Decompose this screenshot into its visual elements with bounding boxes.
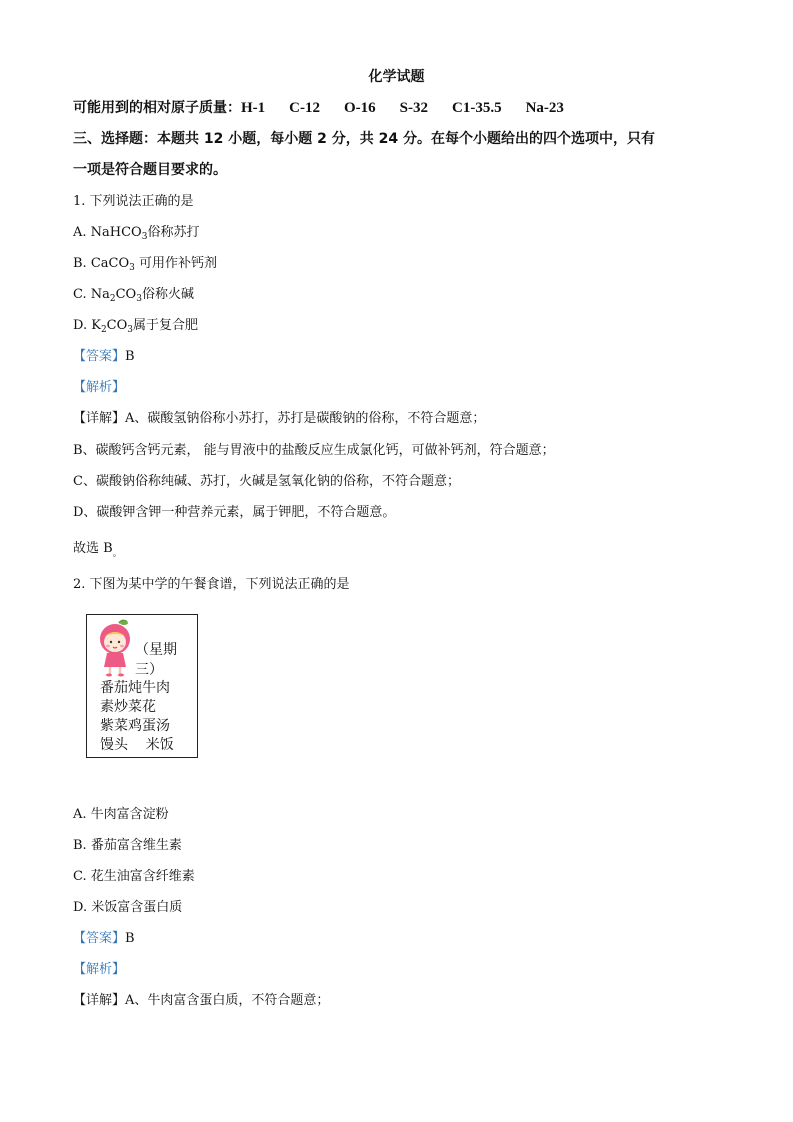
question-2-option-d: D. 米饭富含蛋白质 bbox=[73, 899, 182, 917]
question-1-option-a: A. NaHCO3俗称苏打 bbox=[73, 224, 199, 246]
question-2-analysis-tag: 【解析】 bbox=[73, 961, 125, 979]
question-2-stem: 2. 下图为某中学的午餐食谱，下列说法正确的是 bbox=[73, 576, 350, 594]
conclusion-period: 。 bbox=[113, 549, 122, 559]
detail-tag: 【详解】 bbox=[73, 993, 125, 1008]
atomic-mass-line: 可能用到的相对原子质量：H-1C-12O-16S-32C1-35.5Na-23 bbox=[73, 99, 588, 117]
option-text: 俗称苏打 bbox=[147, 225, 199, 240]
atomic-mass-label: 可能用到的相对原子质量： bbox=[73, 100, 241, 116]
question-1-conclusion: 故选 B。 bbox=[73, 540, 122, 563]
option-text: A. NaHCO bbox=[73, 225, 142, 240]
atomic-mass-value: Na-23 bbox=[526, 99, 564, 117]
detail-text: A、牛肉富含蛋白质，不符合题意； bbox=[125, 993, 329, 1008]
question-1-detail-d: D、碳酸钾含钾一种营养元素，属于钾肥，不符合题意。 bbox=[73, 504, 395, 522]
document-title: 化学试题 bbox=[0, 66, 793, 86]
answer-value: B bbox=[125, 931, 135, 946]
answer-tag: 【答案】 bbox=[73, 931, 125, 946]
question-1-detail-a: 【详解】A、碳酸氢钠俗称小苏打，苏打是碳酸钠的俗称，不符合题意； bbox=[73, 410, 485, 428]
atomic-mass-value: O-16 bbox=[344, 99, 376, 117]
question-2-option-b: B. 番茄富含维生素 bbox=[73, 837, 182, 855]
question-1-option-d: D. K2CO3属于复合肥 bbox=[73, 317, 198, 339]
question-2-answer: 【答案】B bbox=[73, 930, 135, 948]
answer-tag: 【答案】 bbox=[73, 349, 125, 364]
lunch-menu-image: （星期三） 番茄炖牛肉 素炒菜花 紫菜鸡蛋汤 馒头 米饭 bbox=[86, 614, 198, 758]
question-2-option-a: A. 牛肉富含淀粉 bbox=[73, 806, 169, 824]
menu-items: 番茄炖牛肉 素炒菜花 紫菜鸡蛋汤 馒头 米饭 bbox=[100, 679, 174, 755]
question-1-option-c: C. Na2CO3俗称火碱 bbox=[73, 286, 194, 308]
option-text: D. K bbox=[73, 318, 101, 333]
option-text: C. Na bbox=[73, 287, 110, 302]
question-1-detail-c: C、碳酸钠俗称纯碱、苏打，火碱是氢氧化钠的俗称，不符合题意； bbox=[73, 473, 460, 491]
atomic-mass-value: H-1 bbox=[241, 99, 265, 117]
atomic-mass-value: S-32 bbox=[400, 99, 428, 117]
option-text: 可用作补钙剂 bbox=[135, 256, 217, 271]
question-2-detail-a: 【详解】A、牛肉富含蛋白质，不符合题意； bbox=[73, 992, 329, 1010]
question-2-option-c: C. 花生油富含纤维素 bbox=[73, 868, 195, 886]
question-1-analysis-tag: 【解析】 bbox=[73, 379, 125, 397]
answer-value: B bbox=[125, 349, 135, 364]
option-text: CO bbox=[107, 318, 128, 333]
cartoon-girl-icon bbox=[93, 619, 137, 677]
menu-day: （星期三） bbox=[135, 639, 197, 679]
menu-item: 紫菜鸡蛋汤 bbox=[100, 717, 174, 736]
question-1-answer: 【答案】B bbox=[73, 348, 135, 366]
option-text: 俗称火碱 bbox=[142, 287, 194, 302]
atomic-mass-value: C1-35.5 bbox=[452, 99, 502, 117]
question-1-option-b: B. CaCO3 可用作补钙剂 bbox=[73, 255, 217, 277]
section-instructions-line1: 三、选择题：本题共 12 小题，每小题 2 分，共 24 分。在每个小题给出的四… bbox=[73, 130, 655, 148]
menu-item: 素炒菜花 bbox=[100, 698, 174, 717]
question-1-detail-b: B、碳酸钙含钙元素， 能与胃液中的盐酸反应生成氯化钙，可做补钙剂，符合题意； bbox=[73, 442, 555, 460]
section-instructions-line2: 一项是符合题目要求的。 bbox=[73, 161, 227, 179]
option-text: B. CaCO bbox=[73, 256, 129, 271]
detail-text: A、碳酸氢钠俗称小苏打，苏打是碳酸钠的俗称，不符合题意； bbox=[125, 411, 485, 426]
option-text: CO bbox=[116, 287, 137, 302]
menu-item: 馒头 米饭 bbox=[100, 736, 174, 755]
menu-item: 番茄炖牛肉 bbox=[100, 679, 174, 698]
option-text: 属于复合肥 bbox=[133, 318, 198, 333]
atomic-mass-value: C-12 bbox=[289, 99, 320, 117]
detail-tag: 【详解】 bbox=[73, 411, 125, 426]
conclusion-text: 故选 B bbox=[73, 541, 113, 556]
question-1-stem: 1. 下列说法正确的是 bbox=[73, 193, 194, 211]
